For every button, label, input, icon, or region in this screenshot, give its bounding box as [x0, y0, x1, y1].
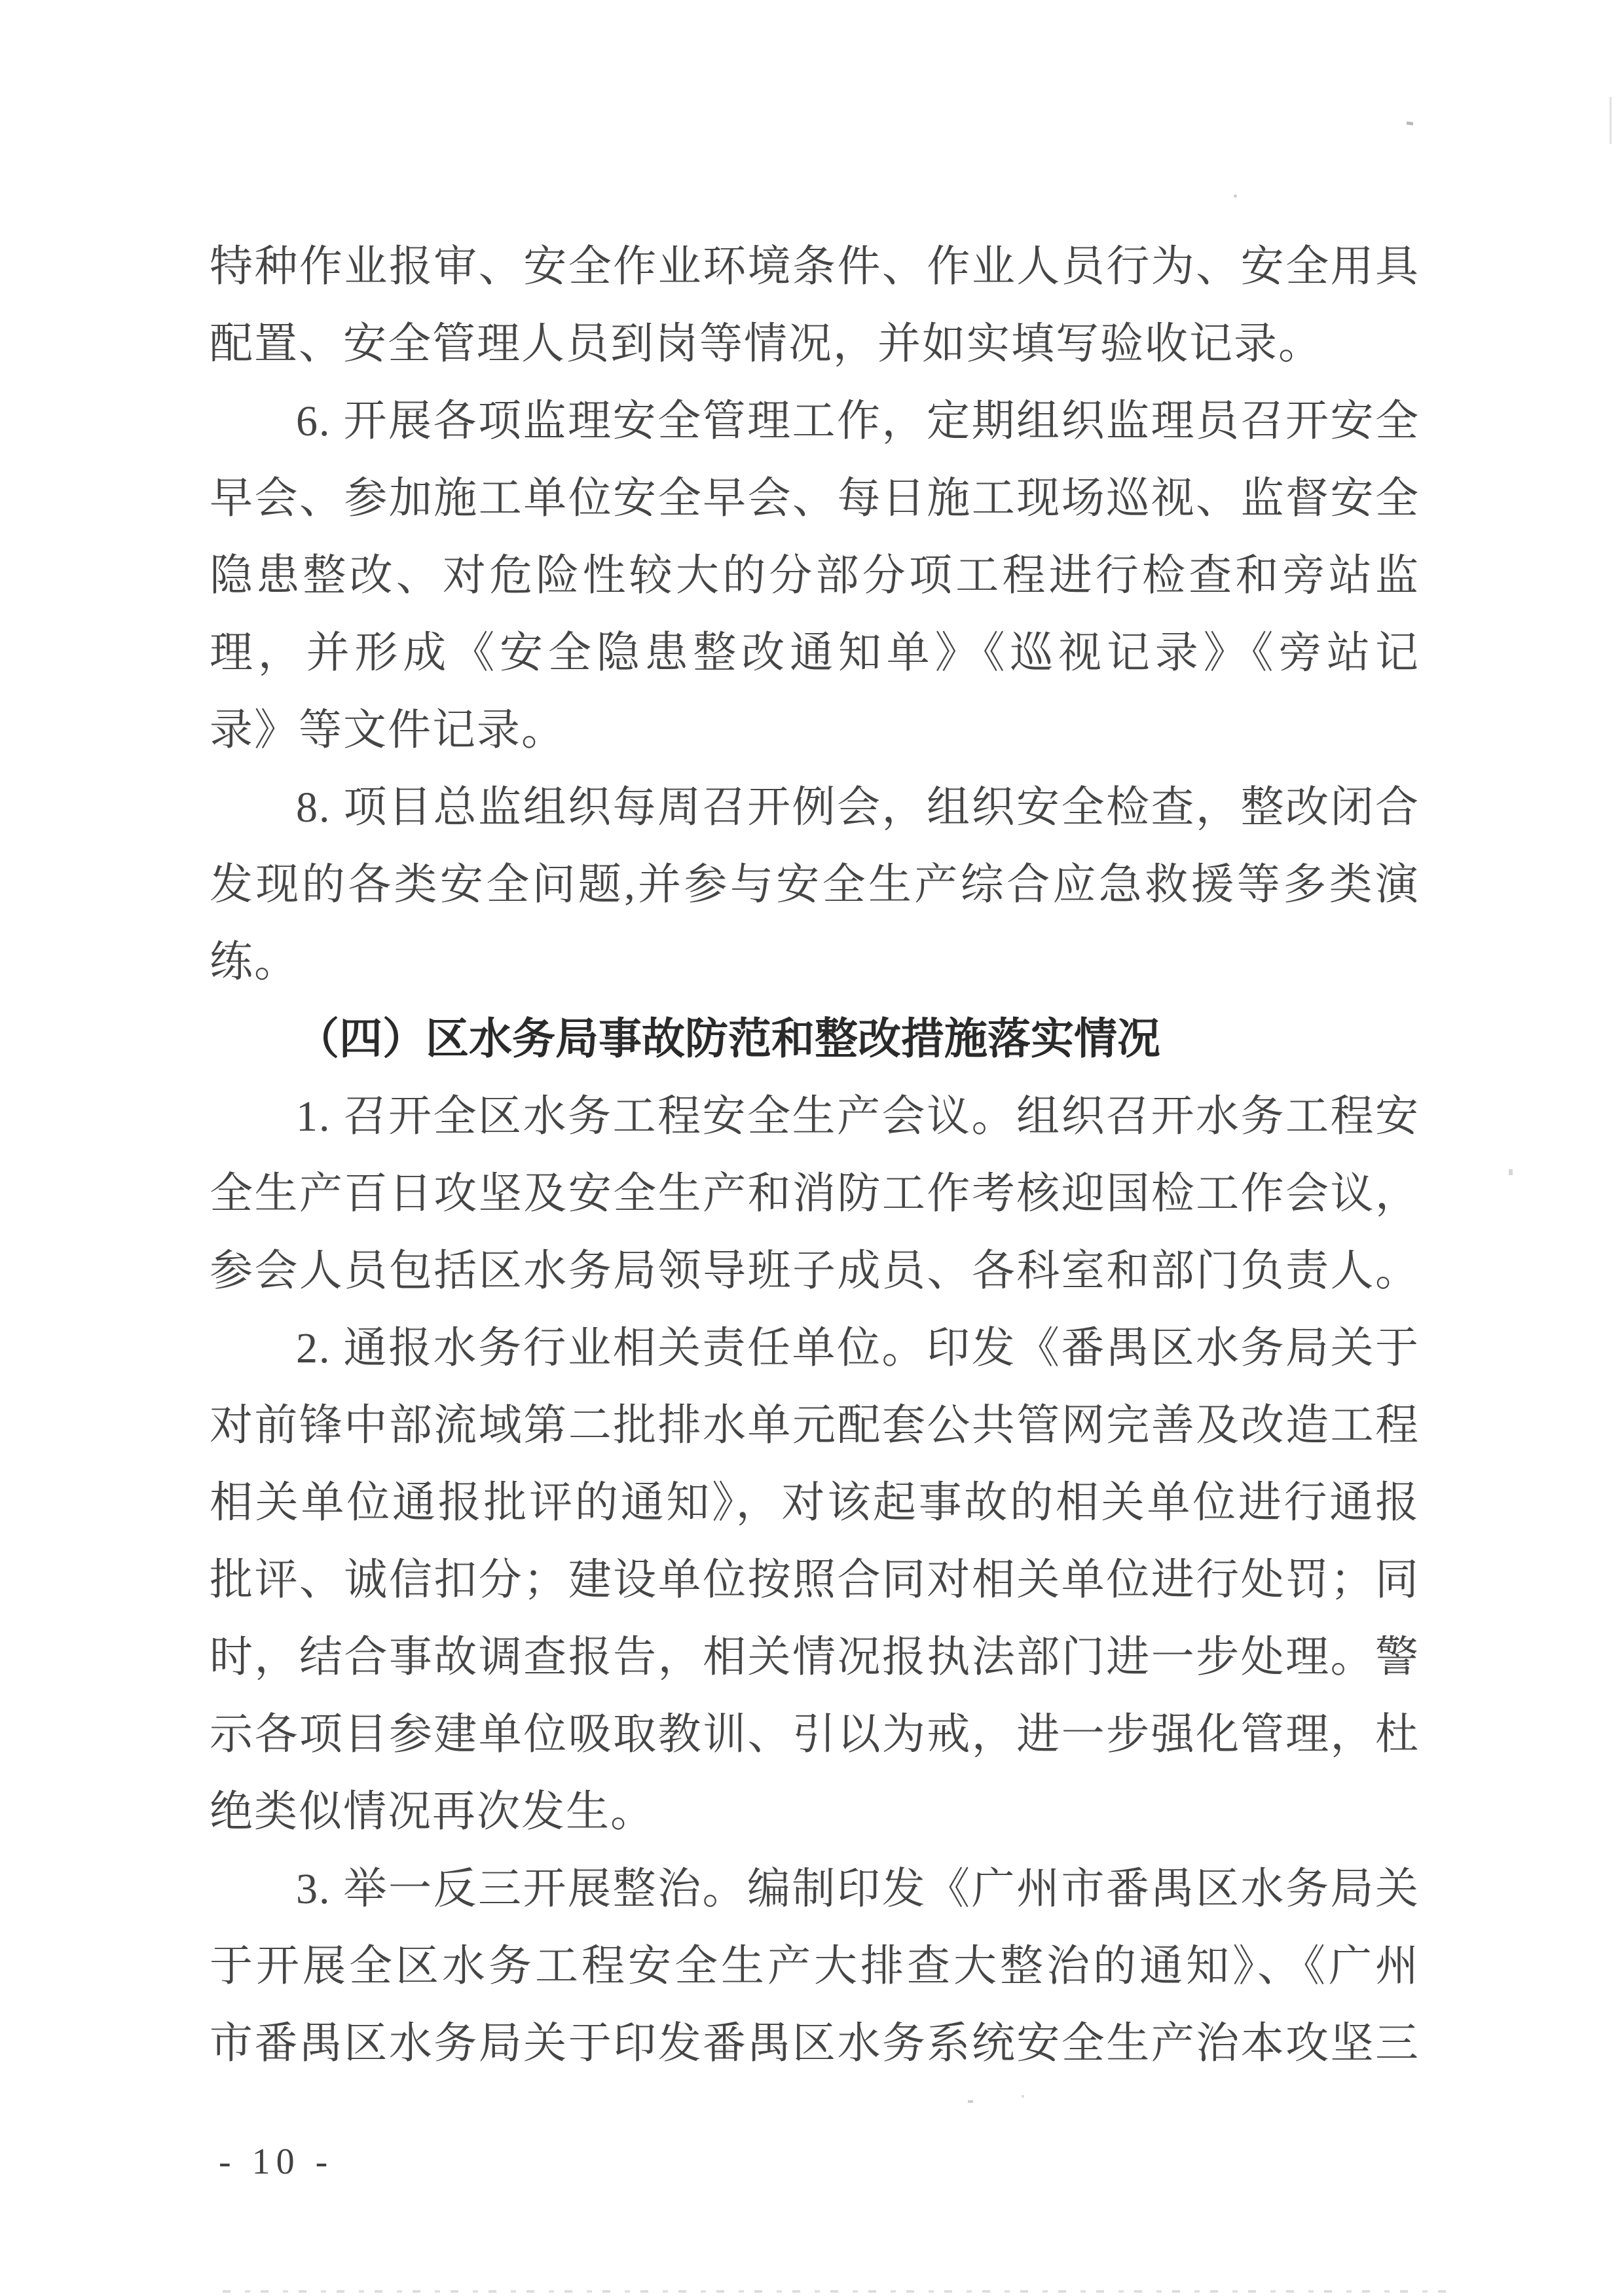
- body-line: 相关单位通报批评的通知》，对该起事故的相关单位进行通报: [210, 1465, 1420, 1542]
- body-line: 特种作业报审、安全作业环境条件、作业人员行为、安全用具: [210, 228, 1420, 306]
- scan-speck: [1509, 1169, 1513, 1175]
- body-line: 时，结合事故调查报告，相关情况报执法部门进一步处理。警: [210, 1619, 1420, 1696]
- body-line: 6. 开展各项监理安全管理工作，定期组织监理员召开安全: [210, 383, 1420, 460]
- body-line: 配置、安全管理人员到岗等情况，并如实填写验收记录。: [210, 306, 1420, 383]
- section-heading: （四）区水务局事故防范和整改措施落实情况: [210, 1001, 1420, 1078]
- document-body: 特种作业报审、安全作业环境条件、作业人员行为、安全用具 配置、安全管理人员到岗等…: [210, 228, 1420, 2083]
- body-line: 市番禺区水务局关于印发番禺区水务系统安全生产治本攻坚三: [210, 2005, 1420, 2083]
- scan-speck: [968, 2100, 973, 2103]
- scan-speck: [1234, 194, 1237, 198]
- document-page: 特种作业报审、安全作业环境条件、作业人员行为、安全用具 配置、安全管理人员到岗等…: [0, 0, 1624, 2296]
- body-line: 3. 举一反三开展整治。编制印发《广州市番禺区水务局关: [210, 1851, 1420, 1928]
- body-line: 对前锋中部流域第二批排水单元配套公共管网完善及改造工程: [210, 1387, 1420, 1465]
- body-line: 批评、诚信扣分；建设单位按照合同对相关单位进行处罚；同: [210, 1542, 1420, 1619]
- body-line: 参会人员包括区水务局领导班子成员、各科室和部门负责人。: [210, 1233, 1420, 1310]
- body-line: 1. 召开全区水务工程安全生产会议。组织召开水务工程安: [210, 1078, 1420, 1156]
- scan-speck: [1407, 121, 1414, 125]
- body-line: 示各项目参建单位吸取教训、引以为戒，进一步强化管理，杜: [210, 1696, 1420, 1774]
- scan-bottom-noise: [223, 2290, 1454, 2293]
- scan-edge-artifact: [1610, 97, 1612, 144]
- scan-speck: [1022, 2095, 1024, 2098]
- body-line: 2. 通报水务行业相关责任单位。印发《番禺区水务局关于: [210, 1310, 1420, 1387]
- body-line: 8. 项目总监组织每周召开例会，组织安全检查，整改闭合: [210, 769, 1420, 847]
- body-line: 全生产百日攻坚及安全生产和消防工作考核迎国检工作会议，: [210, 1156, 1420, 1233]
- body-line: 隐患整改、对危险性较大的分部分项工程进行检查和旁站监: [210, 538, 1420, 615]
- body-line: 理，并形成《安全隐患整改通知单》《巡视记录》《旁站记: [210, 615, 1420, 692]
- page-number: - 10 -: [219, 2136, 333, 2188]
- body-line: 发现的各类安全问题,并参与安全生产综合应急救援等多类演: [210, 847, 1420, 924]
- body-line: 早会、参加施工单位安全早会、每日施工现场巡视、监督安全: [210, 460, 1420, 538]
- body-line: 于开展全区水务工程安全生产大排查大整治的通知》、《广州: [210, 1928, 1420, 2005]
- body-line: 练。: [210, 924, 1420, 1001]
- body-line: 录》等文件记录。: [210, 692, 1420, 769]
- body-line: 绝类似情况再次发生。: [210, 1774, 1420, 1851]
